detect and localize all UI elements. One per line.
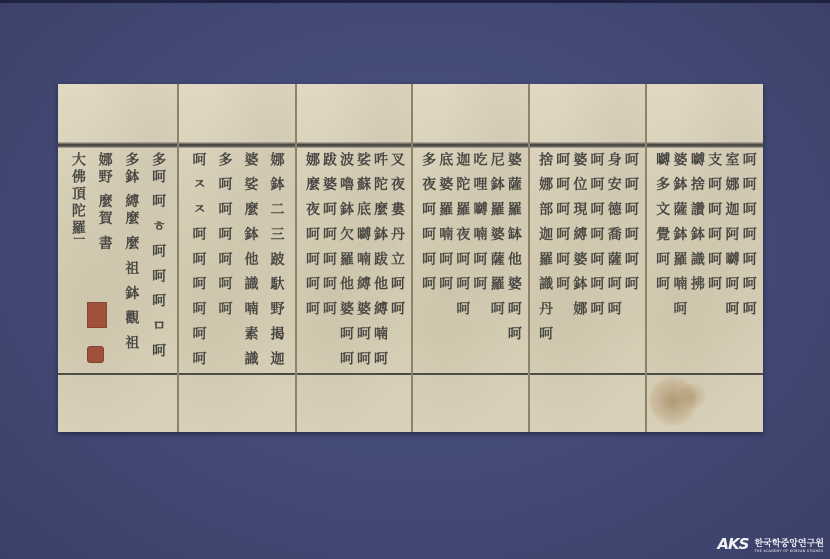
watermark-english-name: THE ACADEMY OF KOREAN STUDIES xyxy=(754,549,824,553)
red-seal-small xyxy=(87,346,104,363)
panel-text: 呵 呵 呵 呵 呵 呵 身 安 德 喬 薩 呵 呵 呵 呵 呵 呵 呵 呵 呵 … xyxy=(536,152,639,370)
text-column: 尼 鉢 羅 婆 薩 羅 呵 xyxy=(488,152,505,370)
manuscript-panel-2: 娜 鉢 二 三 跛 馱 野 揭 迦 薩 摩 婆 娑 麼 鉢 他 識 喃 素 識 … xyxy=(179,84,297,432)
ink-rule-top xyxy=(530,142,645,148)
text-column: 婆 位 現 縛 婆 鉢 娜 xyxy=(570,152,587,370)
text-column: 室 娜 迦 阿 嚩 呵 呵 xyxy=(722,152,739,370)
ink-rule-top xyxy=(413,142,528,148)
panel-text: 娜 鉢 二 三 跛 馱 野 揭 迦 薩 摩 婆 娑 麼 鉢 他 識 喃 素 識 … xyxy=(185,152,289,370)
text-column: 娜 麼 夜 呵 呵 呵 呵 xyxy=(303,152,320,370)
panel-text: 多呵 呵 ㅎ 呵 呵 呵 ㅁ 呵 多鉢 縛麼 麼 祖 鉢 觀 祖 娜野 麼賀 書… xyxy=(64,152,171,370)
manuscript-panel-4: 婆 薩 羅 缽 他 婆 呵 呵 尼 鉢 羅 婆 薩 羅 呵 吃 哩 嚩 喃 呵 … xyxy=(413,84,530,432)
ink-rule-bottom xyxy=(58,373,177,375)
text-column: 身 安 德 喬 薩 呵 呵 xyxy=(605,152,622,370)
text-column: 呵 呵 呵 呵 呵 呵 xyxy=(622,152,639,370)
ink-rule-bottom xyxy=(179,373,295,375)
ink-rule-top xyxy=(647,142,763,148)
text-column: 多鉢 縛麼 麼 祖 鉢 觀 祖 xyxy=(122,152,139,370)
text-column: 娑 蘇 底 嚩 喃 縛 婆 呵 呵 xyxy=(354,152,371,370)
text-column: 娜野 麼賀 書 xyxy=(96,152,113,283)
text-column: 叉 夜 婁 丹 立 呵 呵 xyxy=(388,152,405,370)
manuscript-panel-6: 呵 呵 呵 呵 呵 呵 呵 室 娜 迦 阿 嚩 呵 呵 支 呵 呵 呵 呵 呵 … xyxy=(647,84,763,432)
text-column: 嚩 多 文 覺 呵 呵 xyxy=(653,152,670,370)
text-column: 娜 鉢 二 三 跛 馱 野 揭 迦 薩 摩 xyxy=(268,152,285,370)
text-column: 跋 婆 呵 呵 呵 呵 呵 xyxy=(320,152,337,370)
water-stain xyxy=(677,384,707,408)
text-column: 多 呵 呵 呵 呵 呵 呵 xyxy=(216,152,233,370)
text-column: 呵 呵 呵 呵 呵 呵 xyxy=(553,152,570,370)
text-column: 吃 哩 嚩 喃 呵 呵 xyxy=(471,152,488,370)
text-column: 婆 娑 麼 鉢 他 識 喃 素 識 多 野 xyxy=(242,152,259,370)
ink-rule-bottom xyxy=(297,373,411,375)
text-column: 捨 娜 部 迦 羅 識 丹 呵 xyxy=(536,152,553,370)
ink-rule-bottom xyxy=(647,373,763,375)
text-column: 波 嚕 鉢 欠 羅 他 婆 呵 呵 xyxy=(337,152,354,370)
text-column: 多 夜 呵 呵 呵 呵 xyxy=(419,152,436,370)
ink-rule-bottom xyxy=(530,373,645,375)
text-column: 迦 陀 羅 夜 呵 呵 呵 xyxy=(453,152,470,370)
red-seal-large xyxy=(87,302,107,328)
watermark-korean-name: 한국학중앙연구원 xyxy=(754,536,824,549)
panel-text: 呵 呵 呵 呵 呵 呵 呵 室 娜 迦 阿 嚩 呵 呵 支 呵 呵 呵 呵 呵 … xyxy=(653,152,757,370)
top-edge xyxy=(0,0,830,3)
manuscript-panel-5: 呵 呵 呵 呵 呵 呵 身 安 德 喬 薩 呵 呵 呵 呵 呵 呵 呵 呵 呵 … xyxy=(530,84,647,432)
text-column: 呵 呵 呵 呵 呵 呵 呵 xyxy=(588,152,605,370)
ink-rule-top xyxy=(179,142,295,148)
text-column: 婆 鉢 薩 鉢 羅 喃 呵 xyxy=(670,152,687,370)
manuscript-panel-1: 多呵 呵 ㅎ 呵 呵 呵 ㅁ 呵 多鉢 縛麼 麼 祖 鉢 觀 祖 娜野 麼賀 書… xyxy=(58,84,179,432)
ink-rule-top xyxy=(297,142,411,148)
text-column: 吽 陀 麼 鉢 跋 他 縛 喃 呵 呵 xyxy=(371,152,388,370)
aks-watermark: AKS 한국학중앙연구원 THE ACADEMY OF KOREAN STUDI… xyxy=(717,535,824,553)
text-column: 婆 薩 羅 缽 他 婆 呵 呵 xyxy=(505,152,522,370)
text-column: 支 呵 呵 呵 呵 呵 xyxy=(705,152,722,370)
text-column: 嚩 捨 讚 鉢 識 拂 xyxy=(688,152,705,370)
text-column: 呵 呵 呵 呵 呵 呵 呵 xyxy=(740,152,757,370)
text-column: 底 婆 羅 喃 呵 呵 xyxy=(436,152,453,370)
ink-rule-top xyxy=(58,142,177,148)
text-column: 大佛頂陀羅尼 xyxy=(69,152,86,239)
text-column: 呵 ㅈ ㅈ 呵 呵 呵 呵 呵 呵 呵 xyxy=(190,152,207,370)
manuscript: 多呵 呵 ㅎ 呵 呵 呵 ㅁ 呵 多鉢 縛麼 麼 祖 鉢 觀 祖 娜野 麼賀 書… xyxy=(58,84,763,432)
panel-text: 叉 夜 婁 丹 立 呵 呵 吽 陀 麼 鉢 跋 他 縛 喃 呵 呵 娑 蘇 底 … xyxy=(303,152,405,370)
panel-text: 婆 薩 羅 缽 他 婆 呵 呵 尼 鉢 羅 婆 薩 羅 呵 吃 哩 嚩 喃 呵 … xyxy=(419,152,522,370)
aks-logo-icon: AKS xyxy=(717,535,748,553)
ink-rule-bottom xyxy=(413,373,528,375)
manuscript-panel-3: 叉 夜 婁 丹 立 呵 呵 吽 陀 麼 鉢 跋 他 縛 喃 呵 呵 娑 蘇 底 … xyxy=(297,84,413,432)
text-column: 多呵 呵 ㅎ 呵 呵 呵 ㅁ 呵 xyxy=(149,152,166,370)
